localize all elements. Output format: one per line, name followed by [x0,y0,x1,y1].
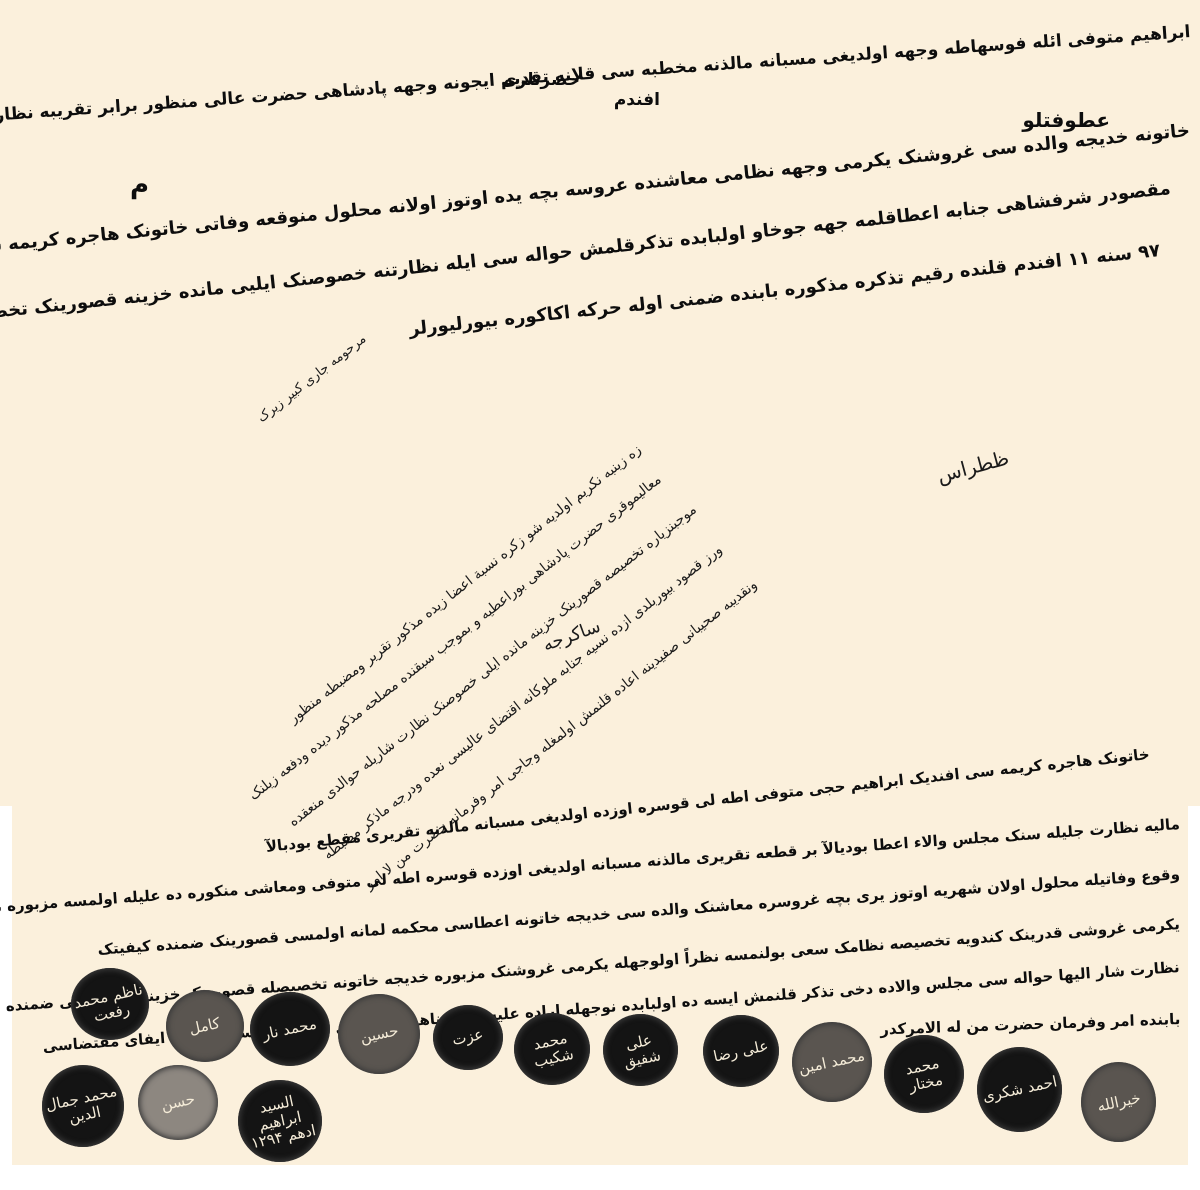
seal-mumtaz: محمد امین [792,1022,872,1102]
seal-hayrullah: خیرالله [1081,1062,1156,1142]
seal-ali-riza: علی رضا [703,1015,779,1087]
seal-huseyin: حسین [338,994,420,1074]
seal-hasan: حسن [138,1065,218,1140]
header-word-efendim: افندم [614,90,660,110]
seal-seyyid-ibrahim-edhem: السید ابراهیم ادهم ۱۲۹۴ [238,1080,322,1162]
seal-izzet: عزت [433,1005,503,1070]
document-upper-page [0,0,1200,806]
seal-mehmed-nar: محمد نار [250,992,330,1066]
seal-mehmed-cemaleddin: محمد جمال الدین [42,1065,124,1147]
seal-ahmed-sukri: احمد شکری [977,1047,1062,1132]
petition-line-mim: م [130,170,149,200]
seal-mehmed-sekib: محمد شکیب [514,1013,590,1085]
seal-ali-sefik: علی شفیق [603,1014,678,1086]
seal-kamil: کامل [166,990,244,1062]
seal-mehmed-muhtar: محمد مختار [884,1035,964,1113]
seal-nazim-mehmed-rifat: ناظم محمد رفعت [71,968,149,1040]
